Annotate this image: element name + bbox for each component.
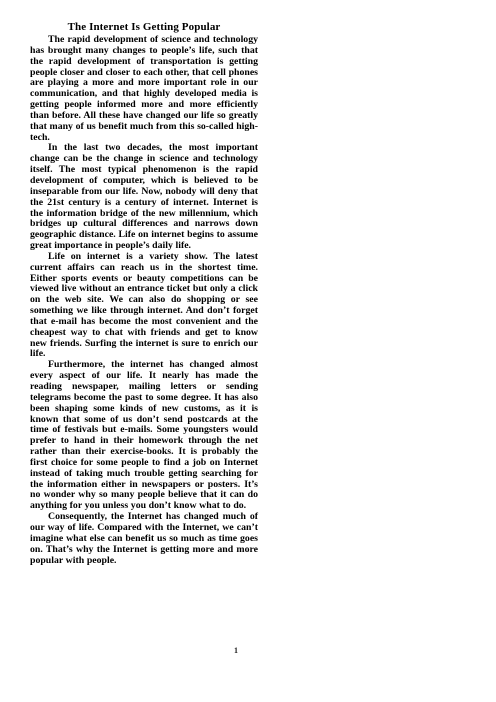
document-page: The Internet Is Getting Popular The rapi… — [30, 20, 258, 566]
paragraph-conclusion: Consequently, the Internet has changed m… — [30, 512, 258, 566]
paragraph-furthermore: Furthermore, the internet has changed al… — [30, 360, 258, 512]
paragraph-intro: The rapid development of science and tec… — [30, 35, 258, 143]
document-title: The Internet Is Getting Popular — [30, 20, 258, 34]
paragraph-variety-show: Life on internet is a variety show. The … — [30, 252, 258, 360]
page-number: 1 — [234, 646, 238, 656]
paragraph-science-change: In the last two decades, the most import… — [30, 143, 258, 251]
